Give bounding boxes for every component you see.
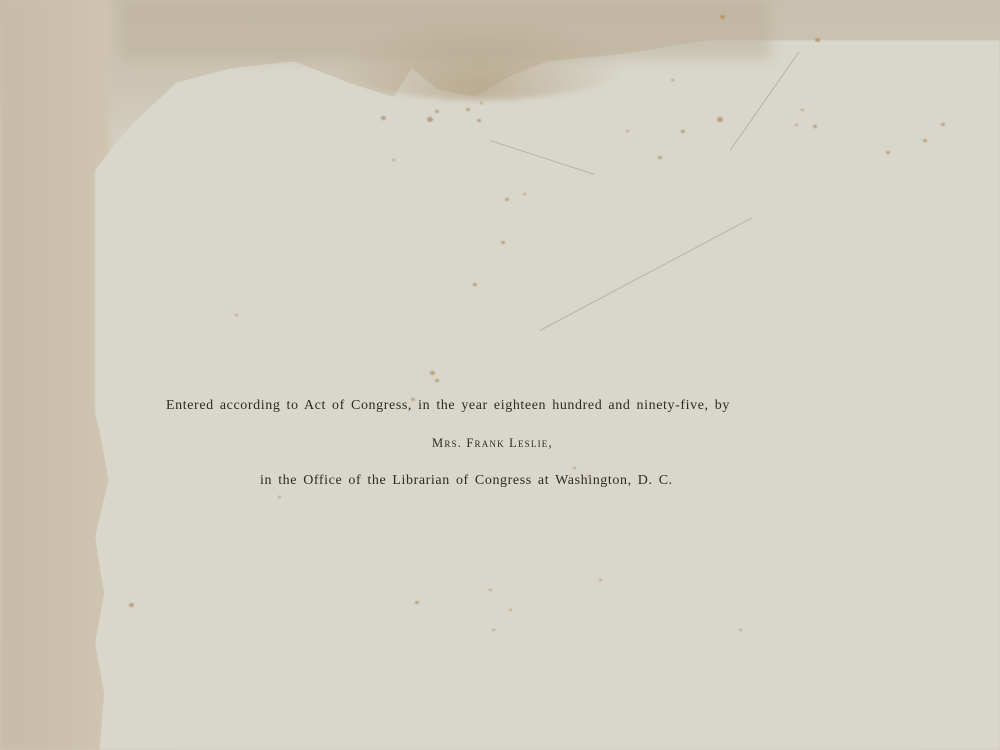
foxing-spot [492, 629, 495, 632]
copyright-line-office: in the Office of the Librarian of Congre… [260, 473, 673, 489]
foxing-spot [235, 314, 238, 317]
water-stain-left [0, 0, 110, 750]
foxing-spot [278, 496, 281, 499]
foxing-spot [599, 579, 602, 582]
document-page: Entered according to Act of Congress, in… [0, 0, 1000, 750]
foxing-spot [671, 79, 674, 82]
tide-line-dark [330, 20, 630, 100]
foxing-spot [626, 130, 629, 133]
foxing-spot [573, 467, 576, 470]
copyright-line-author: Mrs. Frank Leslie, [432, 436, 553, 451]
foxing-spot [381, 116, 386, 120]
copyright-line-entered: Entered according to Act of Congress, in… [166, 398, 866, 414]
foxing-spot [129, 603, 134, 607]
foxing-spot [392, 159, 395, 162]
foxing-spot [720, 15, 725, 19]
foxing-spot [801, 109, 804, 112]
foxing-spot [815, 38, 820, 42]
foxing-spot [523, 193, 526, 196]
foxing-spot [739, 629, 742, 632]
clean-paper-area [95, 40, 1000, 750]
foxing-spot [795, 124, 798, 127]
foxing-spot [430, 371, 435, 375]
foxing-spot [489, 589, 492, 592]
foxing-spot [509, 609, 512, 612]
foxing-spot [480, 102, 483, 105]
